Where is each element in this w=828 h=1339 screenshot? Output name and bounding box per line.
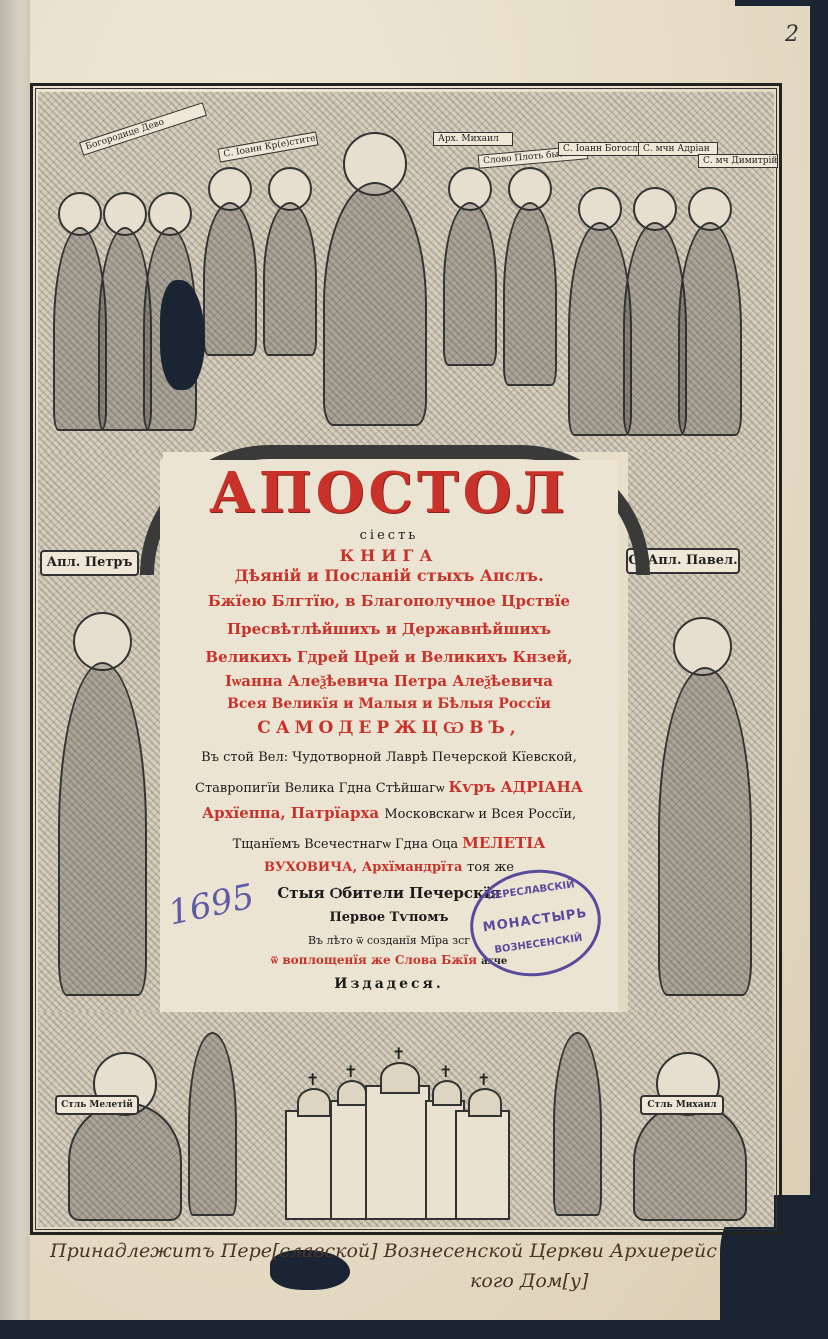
title-line: сіесть [160, 528, 618, 543]
saint-figure [443, 202, 497, 366]
cross-icon: ✝ [392, 1046, 405, 1062]
background-bottom [0, 1320, 828, 1339]
saint-figure [263, 202, 317, 356]
title-line: САМОДЕРЖЦѠВЪ, [160, 718, 618, 738]
saint-figure [678, 222, 742, 436]
left-panel-apostle-peter [38, 452, 163, 1012]
top-engraving-saints-scene: Богородице Дево С. Іоанн Кр(е)ститель Ар… [38, 92, 774, 452]
banner-text: Богородице Дево [79, 102, 207, 155]
handwritten-page-number: 2 [785, 22, 799, 47]
right-panel-apostle-paul [628, 452, 774, 1012]
saint-michael-figure [633, 1102, 747, 1221]
apostle-paul-figure [658, 667, 752, 996]
enthroned-virgin-figure [323, 182, 427, 426]
left-panel-label: Апл. Петръ [40, 550, 139, 576]
book-spine-edge [0, 0, 30, 1339]
saint-figure [503, 202, 557, 386]
body-line: Тщанїемъ Всечестнагѡ Гдна Ѻца МЕЛЕТІА [160, 834, 618, 852]
title-line: Великихъ Гдрей Црей и Великихъ Кнзей, [160, 648, 618, 666]
main-title: АПОСТОЛ [160, 460, 618, 526]
title-line: КНИГА [160, 546, 618, 565]
body-line: Издадеся. [160, 976, 618, 992]
banner-text: Арх. Михаил [433, 132, 513, 146]
body-line: Ставропигїи Велика Гдна Стѣйшагѡ Кѵръ АД… [160, 778, 618, 796]
title-line: Всея Великїя и Малыя и Бѣлыя Россїи [160, 696, 618, 712]
body-line: Въ стой Вел: Чудотворной Лаврѣ Печерской… [160, 750, 618, 765]
title-line: Іѡанна Алеѯѣевича Петра Алеѯѣевича [160, 672, 618, 691]
apostle-peter-figure [58, 662, 147, 996]
title-line: Пресвѣтлѣйшихъ и Державнѣйшихъ [160, 620, 618, 638]
body-line: Архїеппа, Патрїарха Московскагѡ и Всея Р… [160, 804, 618, 822]
handwritten-ownership-line-1: Принадлежитъ Пере[славской] Вознесенской… [50, 1240, 717, 1262]
cross-icon: ✝ [477, 1072, 490, 1088]
bottom-right-saint-label: Стль Михаил [640, 1095, 724, 1115]
banner-text: С. мч Димитрій [698, 154, 778, 168]
pechersk-lavra-church-illustration: ✝ ✝ ✝ ✝ ✝ [285, 1060, 510, 1220]
angel-figure [188, 1032, 237, 1216]
saint-meletius-figure [68, 1102, 182, 1221]
angel-figure [553, 1032, 602, 1216]
background-right [810, 0, 828, 1339]
title-line: Дѣяній и Посланій стыхъ Апслъ. [160, 566, 618, 585]
saint-figure [203, 202, 257, 356]
cross-icon: ✝ [306, 1072, 319, 1088]
cross-icon: ✝ [344, 1064, 357, 1080]
bottom-left-saint-label: Стль Мелетій [55, 1095, 139, 1115]
banner-text: С. Іоанн Кр(е)ститель [218, 131, 319, 162]
title-line: Бжїею Блгтїю, в Благополучное Црствїе [160, 592, 618, 610]
cross-icon: ✝ [439, 1064, 452, 1080]
handwritten-ownership-line-2: кого Дом[у] [470, 1270, 588, 1292]
banner-text: С. Іоанн Богослов [558, 142, 648, 156]
